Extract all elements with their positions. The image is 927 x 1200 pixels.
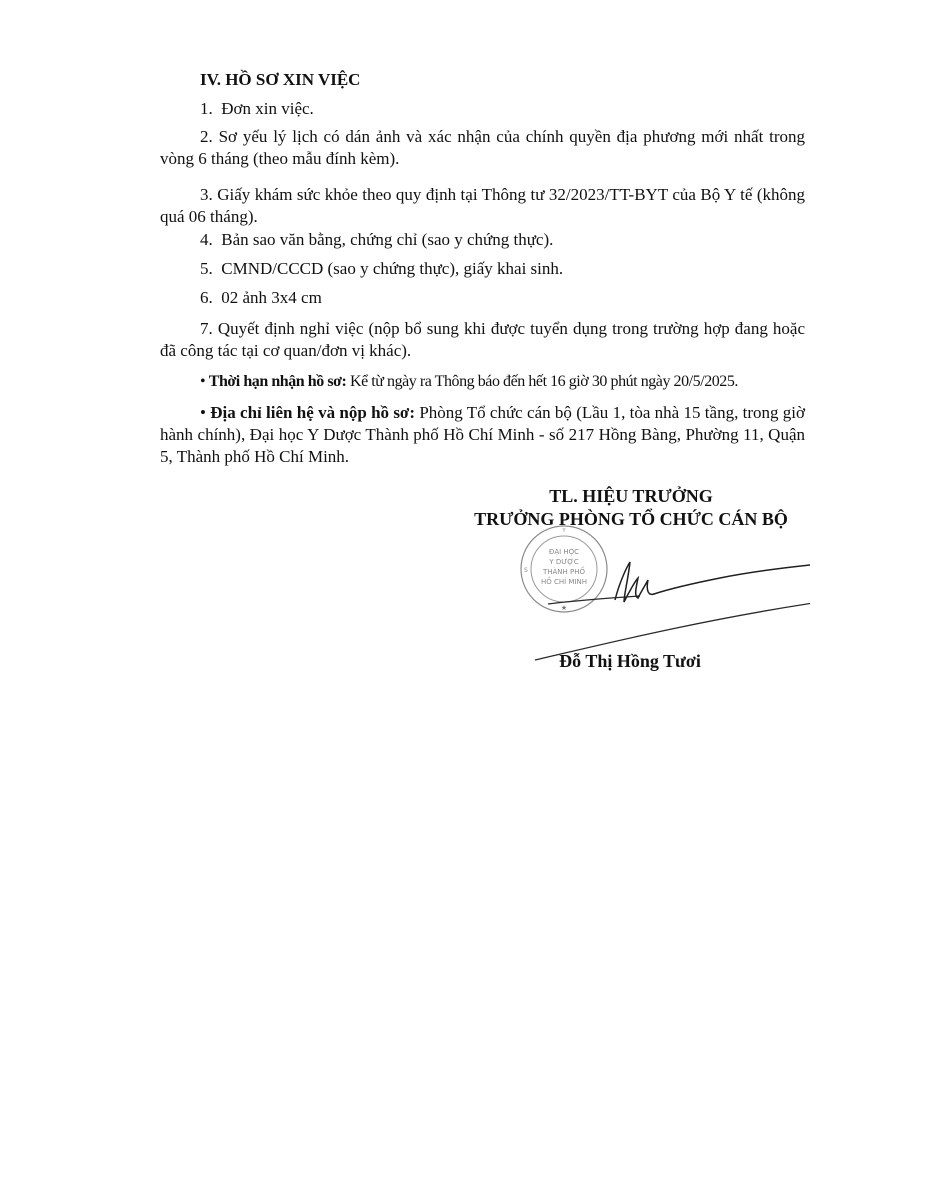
item-number: 6. — [200, 288, 213, 307]
address-label: Địa chỉ liên hệ và nộp hồ sơ: — [210, 403, 415, 422]
item-text: CMND/CCCD (sao y chứng thực), giấy khai … — [221, 259, 563, 278]
bullet-icon: • — [200, 403, 206, 422]
list-item: 2. Sơ yếu lý lịch có dán ảnh và xác nhận… — [160, 126, 805, 170]
signatory-position: TRƯỞNG PHÒNG TỔ CHỨC CÁN BỘ — [446, 509, 816, 530]
deadline-bullet: • Thời hạn nhận hồ sơ: Kể từ ngày ra Thô… — [200, 372, 738, 392]
item-number: 4. — [200, 230, 213, 249]
list-item: 7. Quyết định nghỉ việc (nộp bổ sung khi… — [160, 318, 805, 362]
signatory-name: Đỗ Thị Hồng Tươi — [520, 651, 740, 672]
item-text: Quyết định nghỉ việc (nộp bổ sung khi đư… — [160, 319, 805, 360]
item-number: 3. — [200, 185, 213, 204]
deadline-label: Thời hạn nhận hồ sơ: — [209, 373, 347, 390]
list-item: 1. Đơn xin việc. — [200, 99, 314, 119]
section-heading: IV. HỒ SƠ XIN VIỆC — [200, 70, 360, 90]
item-text: Sơ yếu lý lịch có dán ảnh và xác nhận củ… — [160, 127, 805, 168]
bullet-icon: • — [200, 373, 205, 390]
item-text: Đơn xin việc. — [221, 99, 314, 118]
deadline-text: Kể từ ngày ra Thông báo đến hết 16 giờ 3… — [350, 373, 738, 390]
list-item: 3. Giấy khám sức khỏe theo quy định tại … — [160, 184, 805, 228]
list-item: 5. CMND/CCCD (sao y chứng thực), giấy kh… — [200, 259, 563, 279]
item-number: 1. — [200, 99, 213, 118]
item-number: 2. — [200, 127, 213, 146]
list-item: 6. 02 ảnh 3x4 cm — [200, 288, 322, 308]
list-item: 4. Bản sao văn bằng, chứng chỉ (sao y ch… — [200, 230, 553, 250]
document-page: IV. HỒ SƠ XIN VIỆC 1. Đơn xin việc. 2. S… — [0, 0, 927, 1200]
item-number: 5. — [200, 259, 213, 278]
item-text: Giấy khám sức khỏe theo quy định tại Thô… — [160, 185, 805, 226]
item-text: 02 ảnh 3x4 cm — [221, 288, 322, 307]
signatory-title: TL. HIỆU TRƯỞNG — [456, 486, 806, 507]
item-number: 7. — [200, 319, 213, 338]
svg-text:Y: Y — [561, 528, 566, 534]
address-bullet: • Địa chỉ liên hệ và nộp hồ sơ: Phòng Tổ… — [160, 402, 805, 468]
item-text: Bản sao văn bằng, chứng chỉ (sao y chứng… — [221, 230, 553, 249]
